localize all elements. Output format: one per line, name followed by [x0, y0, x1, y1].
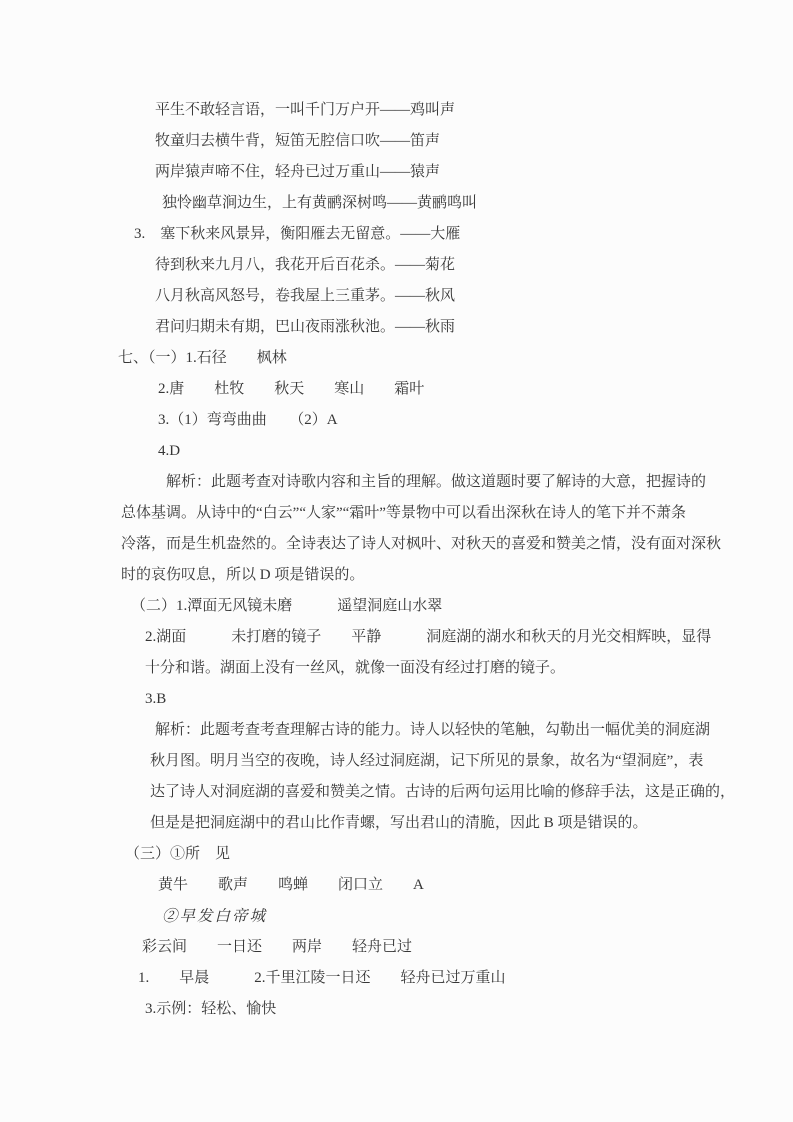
- section-seven-part-one: 七、（一）1.石径 枫林: [118, 343, 773, 374]
- answer-item: 3.B: [118, 684, 773, 715]
- answer-item: 1. 早晨 2.千里江陵一日还 轻舟已过万重山: [118, 963, 773, 994]
- answer-item-3: 3. 塞下秋来风景异，衡阳雁去无留意。——大雁: [118, 219, 773, 250]
- section-part-three: （三）①所 见: [118, 839, 773, 870]
- analysis-paragraph-line: 但是是把洞庭湖中的君山比作青螺，写出君山的清脆，因此 B 项是错误的。: [118, 808, 773, 839]
- poem-title-kai: ②早发白帝城: [118, 901, 773, 932]
- poem-line: 君问归期未有期，巴山夜雨涨秋池。——秋雨: [118, 312, 773, 343]
- analysis-paragraph-line: 时的哀伤叹息，所以 D 项是错误的。: [118, 560, 773, 591]
- answer-item: 4.D: [118, 436, 773, 467]
- answer-item: 黄牛 歌声 鸣蝉 闭口立 A: [118, 870, 773, 901]
- answer-item: 彩云间 一日还 两岸 轻舟已过: [118, 932, 773, 963]
- document-page: 平生不敢轻言语，一叫千门万户开——鸡叫声 牧童归去横牛背，短笛无腔信口吹——笛声…: [0, 0, 793, 1122]
- analysis-paragraph-line: 解析：此题考查对诗歌内容和主旨的理解。做这道题时要了解诗的大意，把握诗的: [118, 467, 773, 498]
- section-part-two: （二）1.潭面无风镜未磨 遥望洞庭山水翠: [118, 591, 773, 622]
- answer-item: 3.（1）弯弯曲曲 （2）A: [118, 405, 773, 436]
- analysis-paragraph-line: 解析：此题考查考查理解古诗的能力。诗人以轻快的笔触，勾勒出一幅优美的洞庭湖: [118, 715, 773, 746]
- poem-line: 两岸猿声啼不住，轻舟已过万重山——猿声: [118, 157, 773, 188]
- analysis-paragraph-line: 达了诗人对洞庭湖的喜爱和赞美之情。古诗的后两句运用比喻的修辞手法，这是正确的，: [118, 777, 773, 808]
- analysis-paragraph-line: 秋月图。明月当空的夜晚，诗人经过洞庭湖，记下所见的景象，故名为“望洞庭”，表: [118, 746, 773, 777]
- answer-item: 2.湖面 未打磨的镜子 平静 洞庭湖的湖水和秋天的月光交相辉映，显得: [118, 622, 773, 653]
- poem-line: 独怜幽草涧边生，上有黄鹂深树鸣——黄鹂鸣叫: [118, 188, 773, 219]
- answer-item: 3.示例：轻松、愉快: [118, 994, 773, 1025]
- poem-line: 八月秋高风怒号，卷我屋上三重茅。——秋风: [118, 281, 773, 312]
- answer-item-continuation: 十分和谐。湖面上没有一丝风，就像一面没有经过打磨的镜子。: [118, 653, 773, 684]
- analysis-paragraph-line: 总体基调。从诗中的“白云”“人家”“霜叶”等景物中可以看出深秋在诗人的笔下并不萧…: [118, 498, 773, 529]
- poem-line: 平生不敢轻言语，一叫千门万户开——鸡叫声: [118, 95, 773, 126]
- poem-line: 牧童归去横牛背，短笛无腔信口吹——笛声: [118, 126, 773, 157]
- answer-item: 2.唐 杜牧 秋天 寒山 霜叶: [118, 374, 773, 405]
- analysis-paragraph-line: 冷落，而是生机盎然的。全诗表达了诗人对枫叶、对秋天的喜爱和赞美之情，没有面对深秋: [118, 529, 773, 560]
- poem-line: 待到秋来九月八，我花开后百花杀。——菊花: [118, 250, 773, 281]
